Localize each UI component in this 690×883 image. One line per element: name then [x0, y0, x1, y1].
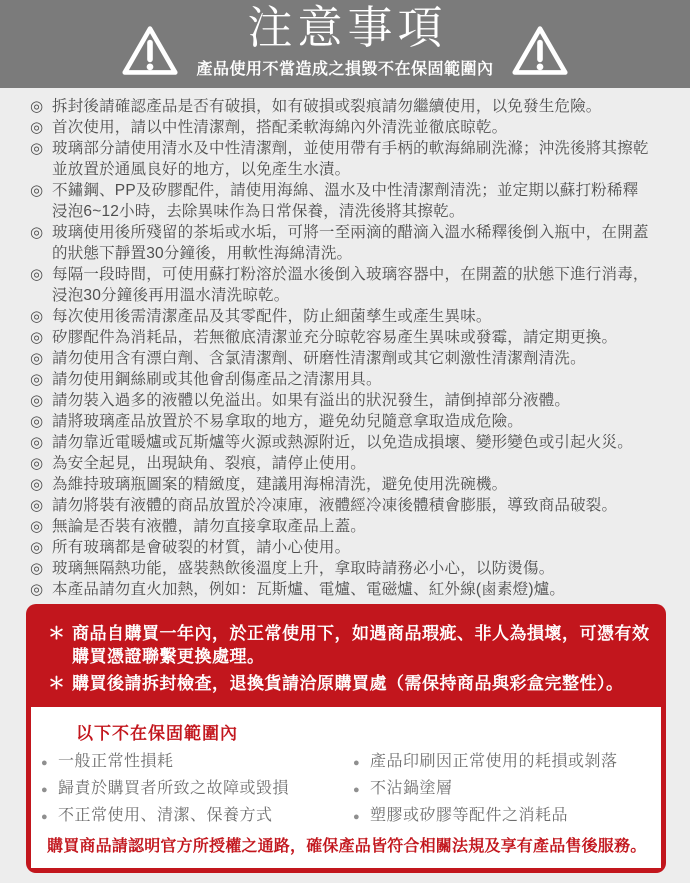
list-item: ◎請勿使用含有漂白劑、含氯清潔劑、研磨性清潔劑或其它刺激性清潔劑清洗。: [30, 348, 650, 369]
dot-bullet-icon: ●: [353, 750, 370, 776]
asterisk-bullet-icon: ＊: [48, 622, 72, 668]
header-text: 注意事項 產品使用不當造成之損毀不在保固範圍內: [192, 5, 498, 79]
circle-bullet-icon: ◎: [30, 369, 52, 390]
list-item: ◎每隔一段時間，可使用蘇打粉溶於溫水後倒入玻璃容器中，在開蓋的狀態下進行消毒，浸…: [30, 264, 650, 306]
warning-triangle-icon: [512, 24, 568, 78]
list-item: ◎玻璃使用後所殘留的茶垢或水垢，可將一至兩滴的醋滴入溫水稀釋後倒入瓶中，在開蓋的…: [30, 222, 650, 264]
care-item-text: 玻璃無隔熱功能，盛裝熱飲後溫度上升，拿取時請務必小心，以防燙傷。: [52, 558, 650, 579]
official-channel-note: 購買商品請認明官方所授權之通路，確保產品皆符合相關法規及享有產品售後服務。: [47, 838, 651, 856]
list-item: ◎為維持玻璃瓶圖案的精緻度，建議用海棉清洗，避免使用洗碗機。: [30, 474, 650, 495]
list-item: ◎每次使用後需清潔產品及其零配件，防止細菌孳生或產生異味。: [30, 306, 650, 327]
circle-bullet-icon: ◎: [30, 453, 52, 474]
care-item-text: 首次使用，請以中性清潔劑，搭配柔軟海綿內外清洗並徹底晾乾。: [52, 117, 650, 138]
care-item-text: 拆封後請確認產品是否有破損，如有破損或裂痕請勿繼續使用，以免發生危險。: [52, 96, 650, 117]
warranty-note: ＊ 商品自購買一年內，於正常使用下，如遇商品瑕疵、非人為損壞，可憑有效購買憑證聯…: [48, 622, 651, 668]
list-item: ◎請勿使用鋼絲刷或其他會刮傷產品之清潔用具。: [30, 369, 650, 390]
exclusion-item: ●不沾鍋塗層: [353, 776, 651, 803]
warranty-note-text: 購買後請拆封檢查，退換貨請洽原購買處（需保持商品與彩盒完整性）。: [72, 672, 651, 695]
page-title: 注意事項: [197, 5, 498, 51]
dot-bullet-icon: ●: [41, 777, 58, 803]
circle-bullet-icon: ◎: [30, 390, 52, 411]
warning-triangle-icon: [122, 24, 178, 78]
warranty-note-text: 商品自購買一年內，於正常使用下，如遇商品瑕疵、非人為損壞，可憑有效購買憑證聯繫更…: [72, 622, 651, 668]
warranty-note: ＊ 購買後請拆封檢查，退換貨請洽原購買處（需保持商品與彩盒完整性）。: [48, 672, 651, 695]
circle-bullet-icon: ◎: [30, 432, 52, 453]
circle-bullet-icon: ◎: [30, 264, 52, 306]
exclusion-item: ●不正常使用、清潔、保養方式: [41, 803, 353, 830]
circle-bullet-icon: ◎: [30, 411, 52, 432]
care-item-text: 每次使用後需清潔產品及其零配件，防止細菌孳生或產生異味。: [52, 306, 650, 327]
exclusion-item: ●歸責於購買者所致之故障或毀損: [41, 776, 353, 803]
care-instruction-list: ◎拆封後請確認產品是否有破損，如有破損或裂痕請勿繼續使用，以免發生危險。 ◎首次…: [0, 88, 690, 600]
list-item: ◎玻璃部分請使用清水及中性清潔劑，並使用帶有手柄的軟海綿刷洗滌；沖洗後將其擦乾並…: [30, 138, 650, 180]
care-item-text: 無論是否裝有液體，請勿直接拿取產品上蓋。: [52, 516, 650, 537]
care-item-text: 玻璃使用後所殘留的茶垢或水垢，可將一至兩滴的醋滴入溫水稀釋後倒入瓶中，在開蓋的狀…: [52, 222, 650, 264]
list-item: ◎所有玻璃都是會破裂的材質，請小心使用。: [30, 537, 650, 558]
care-item-text: 所有玻璃都是會破裂的材質，請小心使用。: [52, 537, 650, 558]
exclusions-columns: ●一般正常性損耗 ●歸責於購買者所致之故障或毀損 ●不正常使用、清潔、保養方式 …: [41, 749, 651, 830]
list-item: ◎無論是否裝有液體，請勿直接拿取產品上蓋。: [30, 516, 650, 537]
exclusions-left-column: ●一般正常性損耗 ●歸責於購買者所致之故障或毀損 ●不正常使用、清潔、保養方式: [41, 749, 353, 830]
list-item: ◎首次使用，請以中性清潔劑，搭配柔軟海綿內外清洗並徹底晾乾。: [30, 117, 650, 138]
circle-bullet-icon: ◎: [30, 495, 52, 516]
care-item-text: 請勿使用含有漂白劑、含氯清潔劑、研磨性清潔劑或其它刺激性清潔劑清洗。: [52, 348, 650, 369]
list-item: ◎請將玻璃產品放置於不易拿取的地方，避免幼兒隨意拿取造成危險。: [30, 411, 650, 432]
dot-bullet-icon: ●: [41, 804, 58, 830]
care-item-text: 請將玻璃產品放置於不易拿取的地方，避免幼兒隨意拿取造成危險。: [52, 411, 650, 432]
dot-bullet-icon: ●: [353, 777, 370, 803]
care-item-text: 不鏽鋼、PP及矽膠配件，請使用海綿、溫水及中性清潔劑清洗；並定期以蘇打粉稀釋浸泡…: [52, 180, 650, 222]
list-item: ◎不鏽鋼、PP及矽膠配件，請使用海綿、溫水及中性清潔劑清洗；並定期以蘇打粉稀釋浸…: [30, 180, 650, 222]
list-item: ◎矽膠配件為消耗品，若無徹底清潔並充分晾乾容易產生異味或發霉，請定期更換。: [30, 327, 650, 348]
circle-bullet-icon: ◎: [30, 306, 52, 327]
warranty-box: ＊ 商品自購買一年內，於正常使用下，如遇商品瑕疵、非人為損壞，可憑有效購買憑證聯…: [26, 604, 666, 873]
care-item-text: 玻璃部分請使用清水及中性清潔劑，並使用帶有手柄的軟海綿刷洗滌；沖洗後將其擦乾並放…: [52, 138, 650, 180]
circle-bullet-icon: ◎: [30, 327, 52, 348]
exclusion-item-text: 一般正常性損耗: [58, 749, 174, 775]
exclusion-item-text: 不沾鍋塗層: [370, 776, 453, 802]
care-item-text: 請勿靠近電暖爐或瓦斯爐等火源或熱源附近，以免造成損壞、變形變色或引起火災。: [52, 432, 650, 453]
exclusion-item-text: 產品印刷因正常使用的耗損或剝落: [370, 749, 618, 775]
care-item-text: 每隔一段時間，可使用蘇打粉溶於溫水後倒入玻璃容器中，在開蓋的狀態下進行消毒，浸泡…: [52, 264, 650, 306]
list-item: ◎請勿裝入過多的液體以免溢出。如果有溢出的狀況發生，請倒掉部分液體。: [30, 390, 650, 411]
circle-bullet-icon: ◎: [30, 537, 52, 558]
exclusion-item-text: 塑膠或矽膠等配件之消耗品: [370, 803, 568, 829]
circle-bullet-icon: ◎: [30, 96, 52, 117]
care-item-text: 為安全起見，出現缺角、裂痕，請停止使用。: [52, 453, 650, 474]
header: 注意事項 產品使用不當造成之損毀不在保固範圍內: [0, 0, 690, 88]
circle-bullet-icon: ◎: [30, 222, 52, 264]
exclusions-title: 以下不在保固範圍內: [76, 725, 651, 743]
dot-bullet-icon: ●: [41, 750, 58, 776]
list-item: ◎請勿將裝有液體的商品放置於冷凍庫，液體經冷凍後體積會膨脹，導致商品破裂。: [30, 495, 650, 516]
list-item: ◎玻璃無隔熱功能，盛裝熱飲後溫度上升，拿取時請務必小心，以防燙傷。: [30, 558, 650, 579]
care-item-text: 矽膠配件為消耗品，若無徹底清潔並充分晾乾容易產生異味或發霉，請定期更換。: [52, 327, 650, 348]
exclusion-item: ●一般正常性損耗: [41, 749, 353, 776]
exclusion-item-text: 歸責於購買者所致之故障或毀損: [58, 776, 289, 802]
warranty-notes: ＊ 商品自購買一年內，於正常使用下，如遇商品瑕疵、非人為損壞，可憑有效購買憑證聯…: [31, 620, 661, 707]
exclusion-item: ●塑膠或矽膠等配件之消耗品: [353, 803, 651, 830]
circle-bullet-icon: ◎: [30, 474, 52, 495]
exclusions-right-column: ●產品印刷因正常使用的耗損或剝落 ●不沾鍋塗層 ●塑膠或矽膠等配件之消耗品: [353, 749, 651, 830]
care-item-text: 請勿使用鋼絲刷或其他會刮傷產品之清潔用具。: [52, 369, 650, 390]
care-item-text: 為維持玻璃瓶圖案的精緻度，建議用海棉清洗，避免使用洗碗機。: [52, 474, 650, 495]
circle-bullet-icon: ◎: [30, 516, 52, 537]
dot-bullet-icon: ●: [353, 804, 370, 830]
list-item: ◎為安全起見，出現缺角、裂痕，請停止使用。: [30, 453, 650, 474]
circle-bullet-icon: ◎: [30, 117, 52, 138]
list-item: ◎請勿靠近電暖爐或瓦斯爐等火源或熱源附近，以免造成損壞、變形變色或引起火災。: [30, 432, 650, 453]
care-item-text: 本產品請勿直火加熱，例如：瓦斯爐、電爐、電磁爐、紅外線(鹵素燈)爐。: [52, 579, 650, 600]
circle-bullet-icon: ◎: [30, 348, 52, 369]
page-subtitle: 產品使用不當造成之損毀不在保固範圍內: [192, 56, 498, 79]
exclusion-item: ●產品印刷因正常使用的耗損或剝落: [353, 749, 651, 776]
list-item: ◎本產品請勿直火加熱，例如：瓦斯爐、電爐、電磁爐、紅外線(鹵素燈)爐。: [30, 579, 650, 600]
circle-bullet-icon: ◎: [30, 180, 52, 222]
circle-bullet-icon: ◎: [30, 558, 52, 579]
asterisk-bullet-icon: ＊: [48, 672, 72, 695]
list-item: ◎拆封後請確認產品是否有破損，如有破損或裂痕請勿繼續使用，以免發生危險。: [30, 96, 650, 117]
exclusion-item-text: 不正常使用、清潔、保養方式: [58, 803, 273, 829]
exclusions-panel: 以下不在保固範圍內 ●一般正常性損耗 ●歸責於購買者所致之故障或毀損 ●不正常使…: [31, 707, 661, 868]
circle-bullet-icon: ◎: [30, 579, 52, 600]
care-item-text: 請勿將裝有液體的商品放置於冷凍庫，液體經冷凍後體積會膨脹，導致商品破裂。: [52, 495, 650, 516]
circle-bullet-icon: ◎: [30, 138, 52, 180]
care-item-text: 請勿裝入過多的液體以免溢出。如果有溢出的狀況發生，請倒掉部分液體。: [52, 390, 650, 411]
